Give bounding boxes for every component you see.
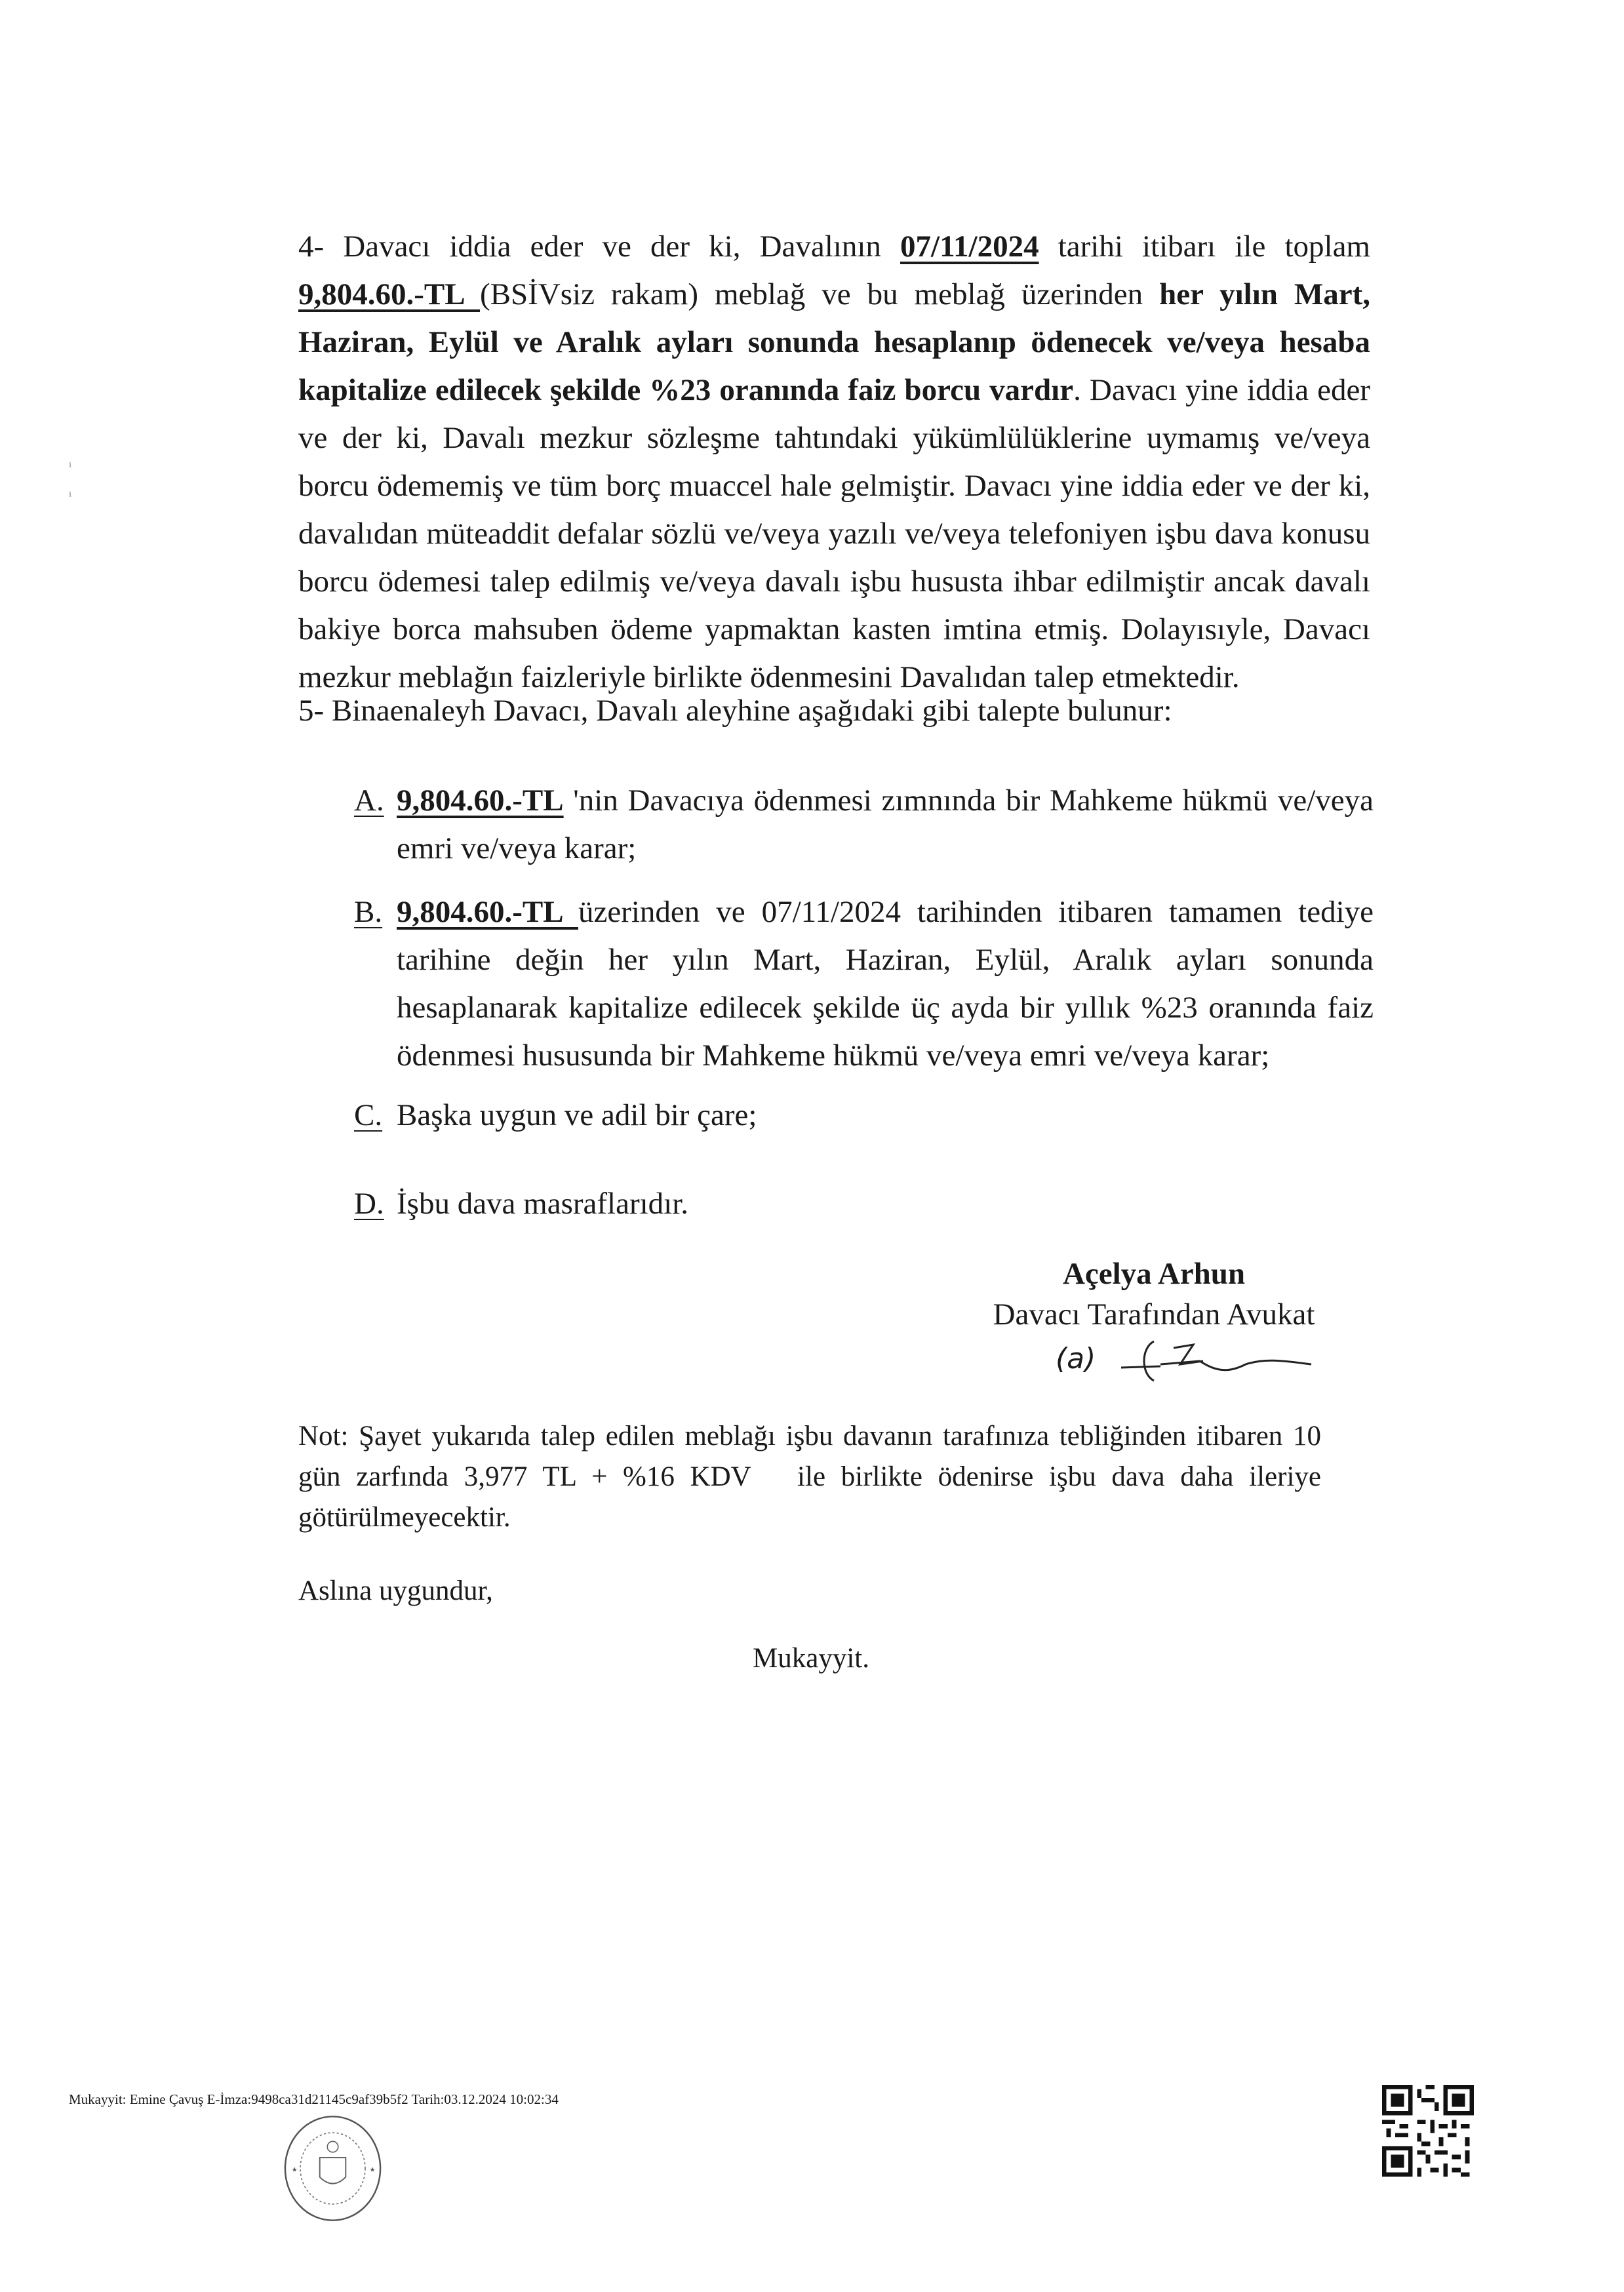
margin-mark: ⁱ — [69, 459, 71, 475]
svg-text:★: ★ — [370, 2166, 376, 2173]
claim-line: hesaplanarak kapitalize edilecek şekilde… — [397, 984, 1374, 1032]
claim-line: tarihine değin her yılın Mart, Haziran, … — [397, 936, 1374, 984]
paragraph-4-line: bakiye borca mahsuben ödeme yapmaktan ka… — [298, 606, 1370, 654]
note-paragraph: Not: Şayet yukarıda talep edilen meblağı… — [298, 1416, 1321, 1538]
claim-marker: B. — [354, 888, 382, 936]
paragraph-5-text: 5- Binaenaleyh Davacı, Davalı aleyhine a… — [298, 694, 1172, 728]
claim-line: emri ve/veya karar; — [397, 825, 1374, 873]
text-segment: 4- Davacı iddia eder ve der ki, Davalını… — [298, 229, 900, 264]
text-segment: tarihine değin her yılın Mart, Haziran, … — [397, 943, 1374, 977]
text-segment: borcu ödemesi talep edilmiş ve/veya dava… — [298, 564, 1370, 599]
handwritten-signature: (a) — [977, 1335, 1331, 1387]
signature-scribble-icon — [1115, 1335, 1324, 1387]
paragraph-4-line: davalıdan müteaddit defalar sözlü ve/vey… — [298, 510, 1370, 558]
paragraph-4-line: ve der ki, Davalı mezkur sözleşme tahtın… — [298, 414, 1370, 462]
text-segment: İşbu dava masraflarıdır. — [397, 1187, 688, 1221]
emphasized-amount: 9,804.60.-TL — [298, 277, 480, 311]
claim-body: Başka uygun ve adil bir çare; — [397, 1092, 757, 1139]
paragraph-4-line: 9,804.60.-TL (BSİVsiz rakam) meblağ ve b… — [298, 271, 1370, 319]
note-line: götürülmeyecektir. — [298, 1497, 1321, 1538]
text-segment: her yılın Mart, — [1159, 277, 1370, 311]
margin-mark: ⁱ — [69, 488, 71, 505]
qr-code-icon — [1382, 2085, 1474, 2177]
text-segment: . Davacı yine iddia eder — [1073, 373, 1370, 407]
text-segment: kapitalize edilecek şekilde %23 oranında… — [298, 373, 1073, 407]
text-segment: Başka uygun ve adil bir çare; — [397, 1098, 757, 1132]
text-segment: emri ve/veya karar; — [397, 831, 636, 865]
registrar-footer: Mukayyit: Emine Çavuş E-İmza:9498ca31d21… — [69, 2091, 559, 2108]
signature-mark: (a) — [1056, 1339, 1096, 1379]
text-segment: ödenmesi hususunda bir Mahkeme hükmü ve/… — [397, 1038, 1269, 1073]
claim-line: ödenmesi hususunda bir Mahkeme hükmü ve/… — [397, 1032, 1374, 1080]
claim-line: 9,804.60.-TL üzerinden ve 07/11/2024 tar… — [397, 888, 1374, 936]
text-segment: Haziran, Eylül ve Aralık ayları sonunda … — [298, 325, 1370, 359]
text-segment: tarihi itibarı ile toplam — [1039, 229, 1370, 264]
paragraph-4: 4- Davacı iddia eder ve der ki, Davalını… — [298, 223, 1370, 701]
text-segment: (BSİVsiz rakam) meblağ ve bu meblağ üzer… — [480, 277, 1159, 311]
signer-name: Açelya Arhun — [977, 1254, 1331, 1294]
court-seal-icon: ★ ★ — [279, 2114, 387, 2223]
claim-body: 9,804.60.-TL üzerinden ve 07/11/2024 tar… — [397, 888, 1374, 1080]
text-segment: hesaplanarak kapitalize edilecek şekilde… — [397, 991, 1374, 1025]
text-segment: üzerinden ve 07/11/2024 tarihinden itiba… — [578, 895, 1374, 929]
emphasized-amount: 9,804.60.-TL — [397, 783, 564, 818]
text-segment: 'nin Davacıya ödenmesi zımnında bir Mahk… — [564, 783, 1374, 818]
paragraph-4-line: 4- Davacı iddia eder ve der ki, Davalını… — [298, 223, 1370, 271]
svg-text:★: ★ — [292, 2166, 298, 2173]
text-segment: ve der ki, Davalı mezkur sözleşme tahtın… — [298, 421, 1370, 455]
text-segment: bakiye borca mahsuben ödeme yapmaktan ka… — [298, 612, 1370, 646]
claim-line: 9,804.60.-TL 'nin Davacıya ödenmesi zımn… — [397, 777, 1374, 825]
paragraph-5: 5- Binaenaleyh Davacı, Davalı aleyhine a… — [298, 687, 1370, 735]
claim-body: 9,804.60.-TL 'nin Davacıya ödenmesi zımn… — [397, 777, 1374, 873]
certification-aslina: Aslına uygundur, — [298, 1575, 493, 1607]
signer-title: Davacı Tarafından Avukat — [977, 1294, 1331, 1335]
emphasized-amount: 9,804.60.-TL — [397, 895, 578, 929]
note-line: gün zarfında 3,977 TL + %16 KDV ile birl… — [298, 1457, 1321, 1497]
note-line: Not: Şayet yukarıda talep edilen meblağı… — [298, 1416, 1321, 1457]
paragraph-4-line: borcu ödememiş ve tüm borç muaccel hale … — [298, 462, 1370, 510]
text-segment: davalıdan müteaddit defalar sözlü ve/vey… — [298, 517, 1370, 551]
claim-body: İşbu dava masraflarıdır. — [397, 1180, 688, 1228]
claim-line: Başka uygun ve adil bir çare; — [397, 1092, 757, 1139]
paragraph-4-line: Haziran, Eylül ve Aralık ayları sonunda … — [298, 319, 1370, 366]
claim-marker: A. — [354, 777, 384, 825]
paragraph-4-line: borcu ödemesi talep edilmiş ve/veya dava… — [298, 558, 1370, 606]
signature-block: Açelya Arhun Davacı Tarafından Avukat (a… — [977, 1254, 1331, 1387]
emphasized-amount: 07/11/2024 — [900, 229, 1039, 264]
text-segment: borcu ödememiş ve tüm borç muaccel hale … — [298, 469, 1370, 503]
certification-mukayyit: Mukayyit. — [753, 1642, 869, 1674]
claim-marker: D. — [354, 1180, 384, 1228]
claim-line: İşbu dava masraflarıdır. — [397, 1180, 688, 1228]
claim-marker: C. — [354, 1092, 382, 1139]
paragraph-4-line: kapitalize edilecek şekilde %23 oranında… — [298, 366, 1370, 414]
